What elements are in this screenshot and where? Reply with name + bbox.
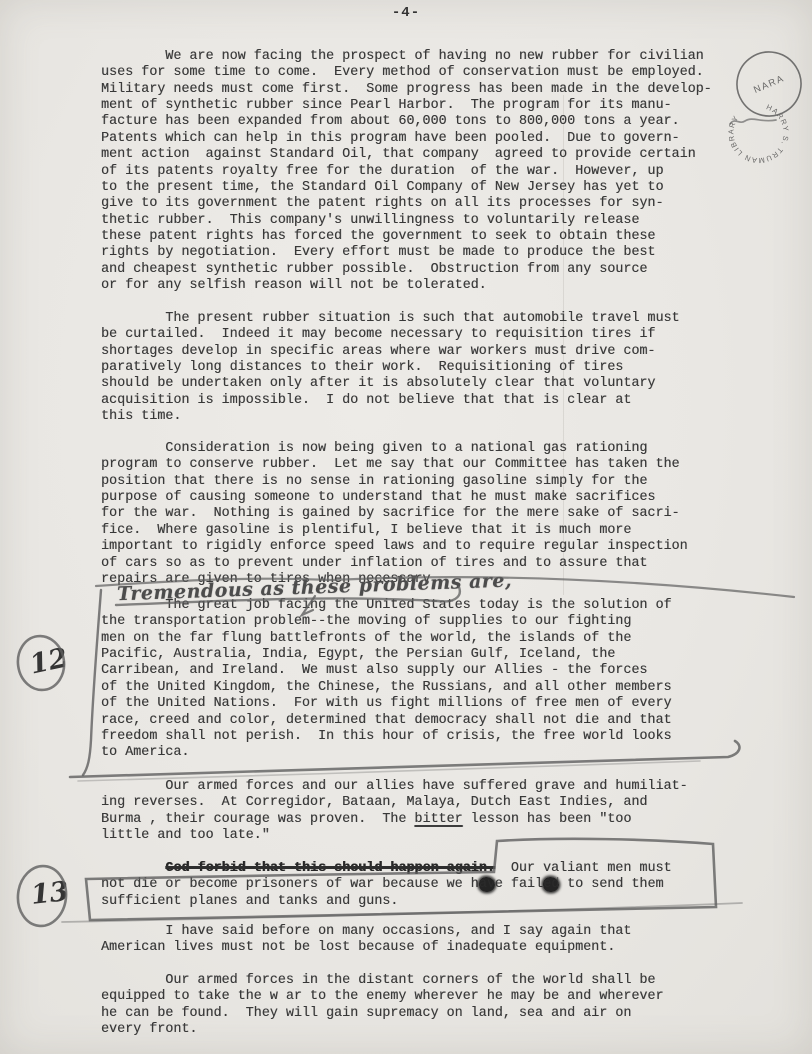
- svg-text:HARRY S. TRUMAN LIBRARY: HARRY S. TRUMAN LIBRARY: [715, 90, 803, 177]
- stamp-ring-text: HARRY S. TRUMAN LIBRARY: [715, 90, 803, 177]
- truman-library-stamp: HARRY S. TRUMAN LIBRARY NARA: [0, 0, 812, 1054]
- document-page: -4- We are now facing the prospect of ha…: [0, 0, 812, 1054]
- stamp-center-text: NARA: [752, 73, 786, 96]
